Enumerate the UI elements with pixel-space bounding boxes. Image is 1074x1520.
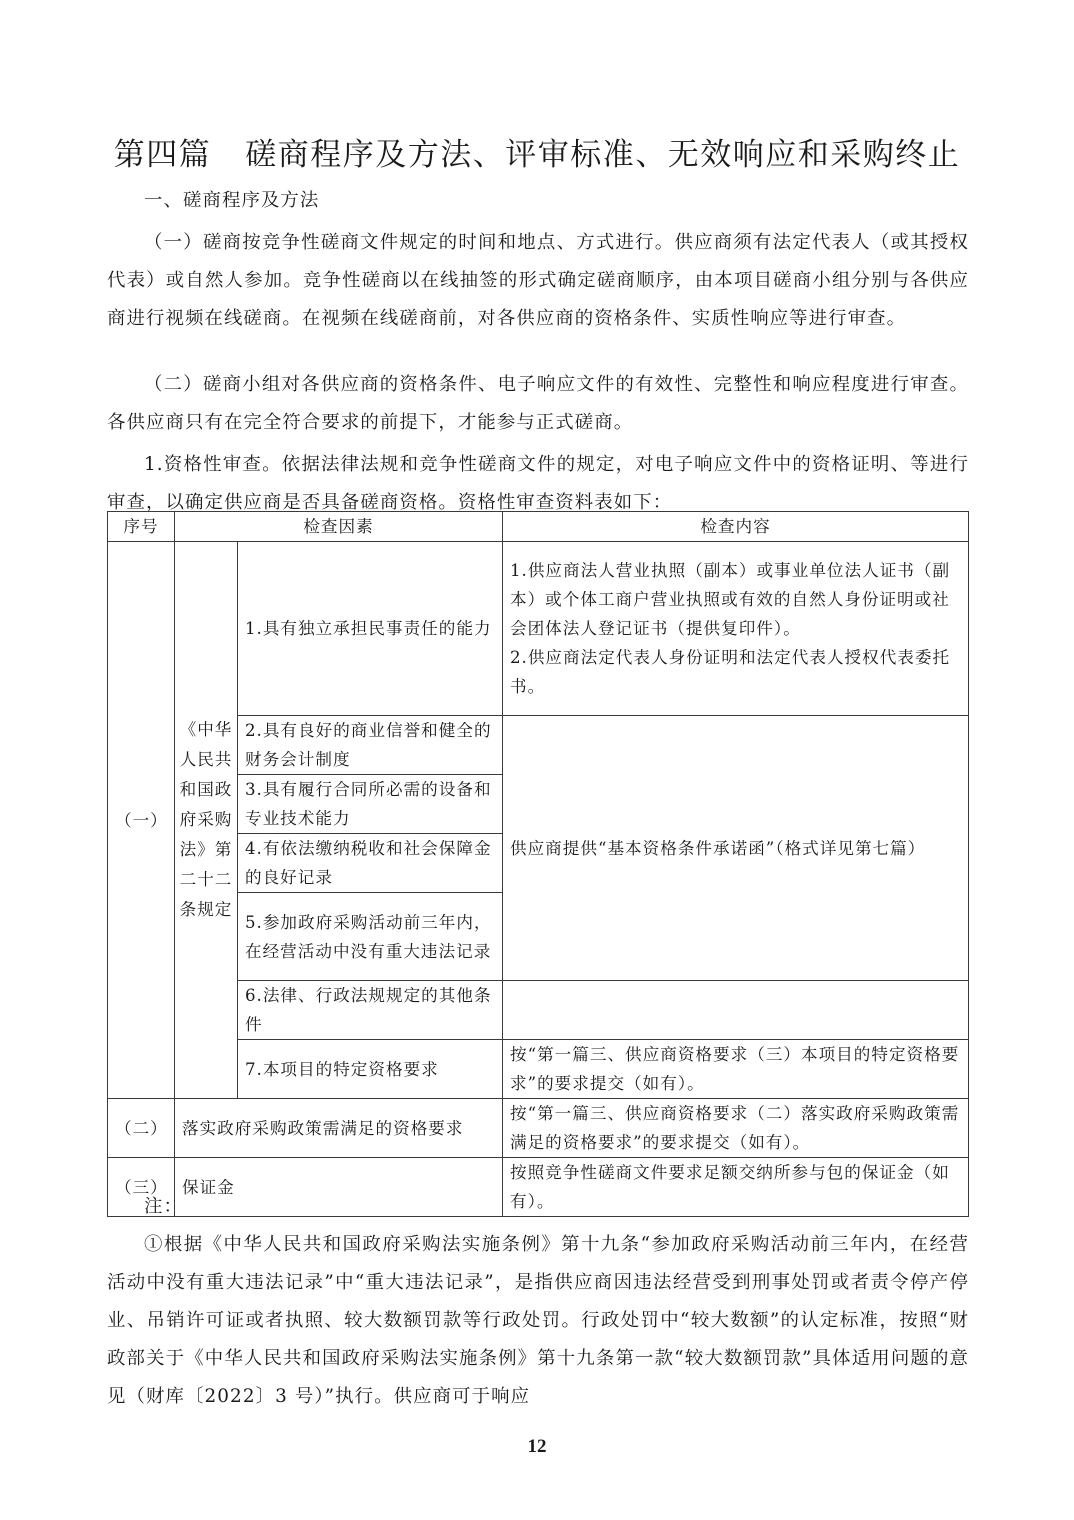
- table-row: 7.本项目的特定资格要求 按“第一篇三、供应商资格要求（三）本项目的特定资格要求…: [108, 1040, 969, 1099]
- factor-cell: 5.参加政府采购活动前三年内，在经营活动中没有重大违法记录: [238, 893, 503, 981]
- table-row: （一） 《中华人民共和国政府采购法》第二十二条规定 1.具有独立承担民事责任的能…: [108, 542, 969, 716]
- seq-cell: （一）: [108, 542, 175, 1099]
- factor-cell: 4.有依法缴纳税收和社会保障金的良好记录: [238, 834, 503, 893]
- content-cell: 按“第一篇三、供应商资格要求（二）落实政府采购政策需满足的资格要求”的要求提交（…: [503, 1099, 969, 1158]
- note-paragraph: ①根据《中华人民共和国政府采购法实施条例》第十九条“参加政府采购活动前三年内，在…: [107, 1226, 969, 1416]
- table-row: 2.具有良好的商业信誉和健全的财务会计制度 供应商提供“基本资格条件承诺函”（格…: [108, 716, 969, 775]
- page-title: 第四篇磋商程序及方法、评审标准、无效响应和采购终止: [107, 129, 967, 174]
- qualification-review-table: 序号 检查因素 检查内容 （一） 《中华人民共和国政府采购法》第二十二条规定 1…: [107, 511, 969, 1217]
- content-line: 2.供应商法定代表人身份证明和法定代表人授权代表委托书。: [510, 643, 961, 701]
- table-header-row: 序号 检查因素 检查内容: [108, 512, 969, 542]
- title-part-number: 第四篇: [114, 137, 212, 173]
- section-heading: 一、磋商程序及方法: [107, 182, 969, 220]
- factor-cell: 7.本项目的特定资格要求: [238, 1040, 503, 1099]
- table-row: 6.法律、行政法规规定的其他条件: [108, 981, 969, 1040]
- factor-cell: 1.具有独立承担民事责任的能力: [238, 542, 503, 716]
- note-label: 注：: [107, 1188, 969, 1226]
- law-basis-cell: 《中华人民共和国政府采购法》第二十二条规定: [175, 542, 238, 1099]
- factor-cell: 2.具有良好的商业信誉和健全的财务会计制度: [238, 716, 503, 775]
- content-line: 1.供应商法人营业执照（副本）或事业单位法人证书（副本）或个体工商户营业执照或有…: [510, 556, 961, 643]
- content-cell: 供应商提供“基本资格条件承诺函”（格式详见第七篇）: [503, 716, 969, 981]
- factor-cell: 6.法律、行政法规规定的其他条件: [238, 981, 503, 1040]
- paragraph-1: （一）磋商按竞争性磋商文件规定的时间和地点、方式进行。供应商须有法定代表人（或其…: [107, 224, 969, 338]
- factor-cell: 落实政府采购政策需满足的资格要求: [175, 1099, 503, 1158]
- header-factor: 检查因素: [175, 512, 503, 542]
- header-seq: 序号: [108, 512, 175, 542]
- document-page: 第四篇磋商程序及方法、评审标准、无效响应和采购终止 一、磋商程序及方法 （一）磋…: [0, 0, 1074, 1520]
- table-row: （二） 落实政府采购政策需满足的资格要求 按“第一篇三、供应商资格要求（二）落实…: [108, 1099, 969, 1158]
- page-number: 12: [0, 1436, 1074, 1458]
- factor-cell: 3.具有履行合同所必需的设备和专业技术能力: [238, 775, 503, 834]
- paragraph-2: （二）磋商小组对各供应商的资格条件、电子响应文件的有效性、完整性和响应程度进行审…: [107, 366, 969, 442]
- content-cell: 按“第一篇三、供应商资格要求（三）本项目的特定资格要求”的要求提交（如有）。: [503, 1040, 969, 1099]
- title-part-text: 磋商程序及方法、评审标准、无效响应和采购终止: [245, 137, 960, 173]
- content-cell: 1.供应商法人营业执照（副本）或事业单位法人证书（副本）或个体工商户营业执照或有…: [503, 542, 969, 716]
- header-content: 检查内容: [503, 512, 969, 542]
- content-cell: [503, 981, 969, 1040]
- seq-cell: （二）: [108, 1099, 175, 1158]
